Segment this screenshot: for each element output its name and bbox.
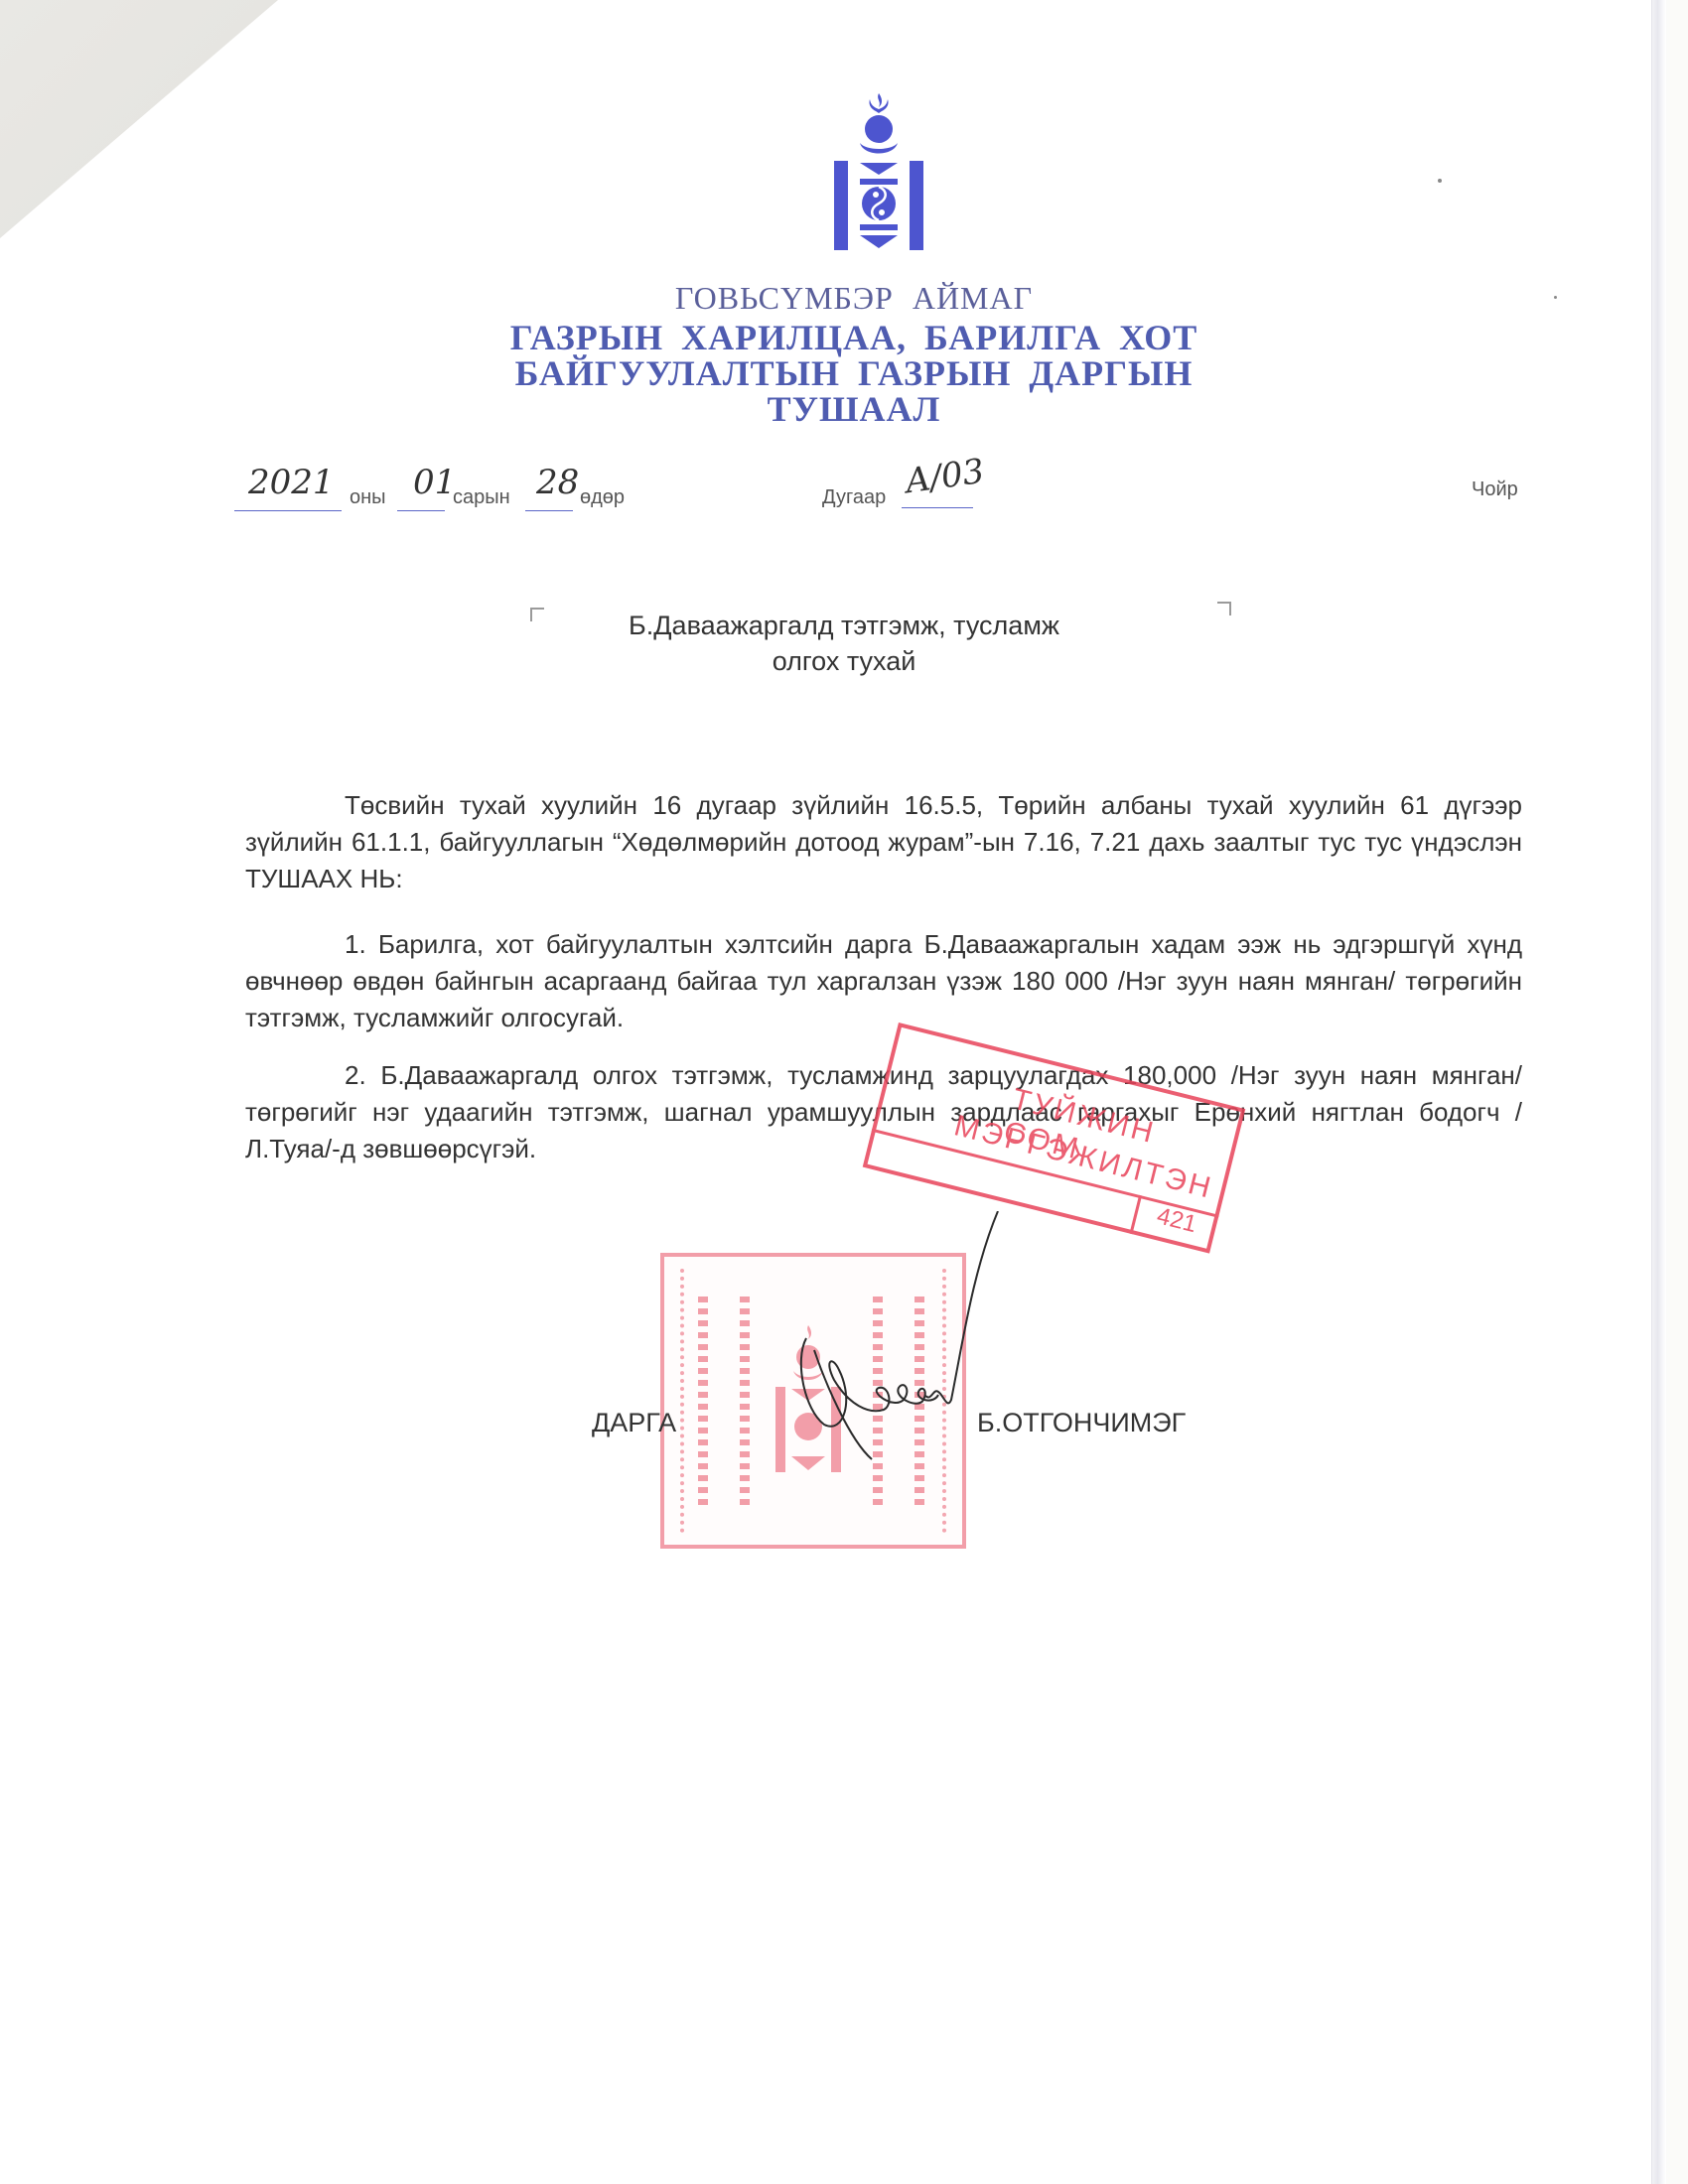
document-title: Б.Даваажаргалд тэтгэмж, тусламж олгох ту…	[0, 608, 1688, 679]
handwritten-signature	[755, 1211, 1013, 1469]
preamble-text: Төсвийн тухай хуулийн 16 дугаар зүйлийн …	[245, 787, 1522, 897]
date-month: 01	[413, 463, 456, 502]
day-label: өдөр	[580, 486, 625, 509]
title-line: олгох тухай	[0, 643, 1688, 679]
year-label: оны	[350, 486, 386, 509]
soyombo-emblem-icon	[832, 91, 925, 262]
title-line: Б.Даваажаргалд тэтгэмж, тусламж	[0, 608, 1688, 643]
month-label: сарын	[453, 486, 510, 509]
date-year: 2021	[248, 463, 335, 502]
preamble-paragraph: Төсвийн тухай хуулийн 16 дугаар зүйлийн …	[245, 787, 1522, 897]
year-underline	[234, 510, 342, 511]
document-number: A/03	[904, 452, 987, 502]
signatory-name: Б.ОТГОНЧИМЭГ	[977, 1408, 1186, 1438]
org-line: ТУШААЛ	[10, 391, 1688, 427]
month-underline	[397, 510, 445, 511]
fold-shadow	[0, 0, 288, 248]
day-underline	[525, 510, 573, 511]
place-name: Чойр	[1472, 478, 1518, 501]
org-line: ГАЗРЫН ХАРИЛЦАА, БАРИЛГА ХОТ	[10, 320, 1688, 355]
scan-speck	[1438, 179, 1442, 183]
number-underline	[902, 507, 973, 508]
signatory-position: ДАРГА	[592, 1408, 676, 1438]
mongolian-script-column	[740, 1297, 750, 1505]
order-item-1: 1. Барилга, хот байгуулалтын хэлтсийн да…	[245, 926, 1522, 1036]
number-label: Дугаар	[822, 486, 886, 509]
date-day: 28	[536, 463, 579, 502]
region-name: ГОВЬСҮМБЭР АЙМАГ	[10, 280, 1688, 317]
org-line: БАЙГУУЛАЛТЫН ГАЗРЫН ДАРГЫН	[10, 355, 1688, 391]
organization-title: ГАЗРЫН ХАРИЛЦАА, БАРИЛГА ХОТ БАЙГУУЛАЛТЫ…	[10, 320, 1688, 427]
mongolian-script-column	[698, 1297, 708, 1505]
order-item-text: 1. Барилга, хот байгуулалтын хэлтсийн да…	[245, 926, 1522, 1036]
